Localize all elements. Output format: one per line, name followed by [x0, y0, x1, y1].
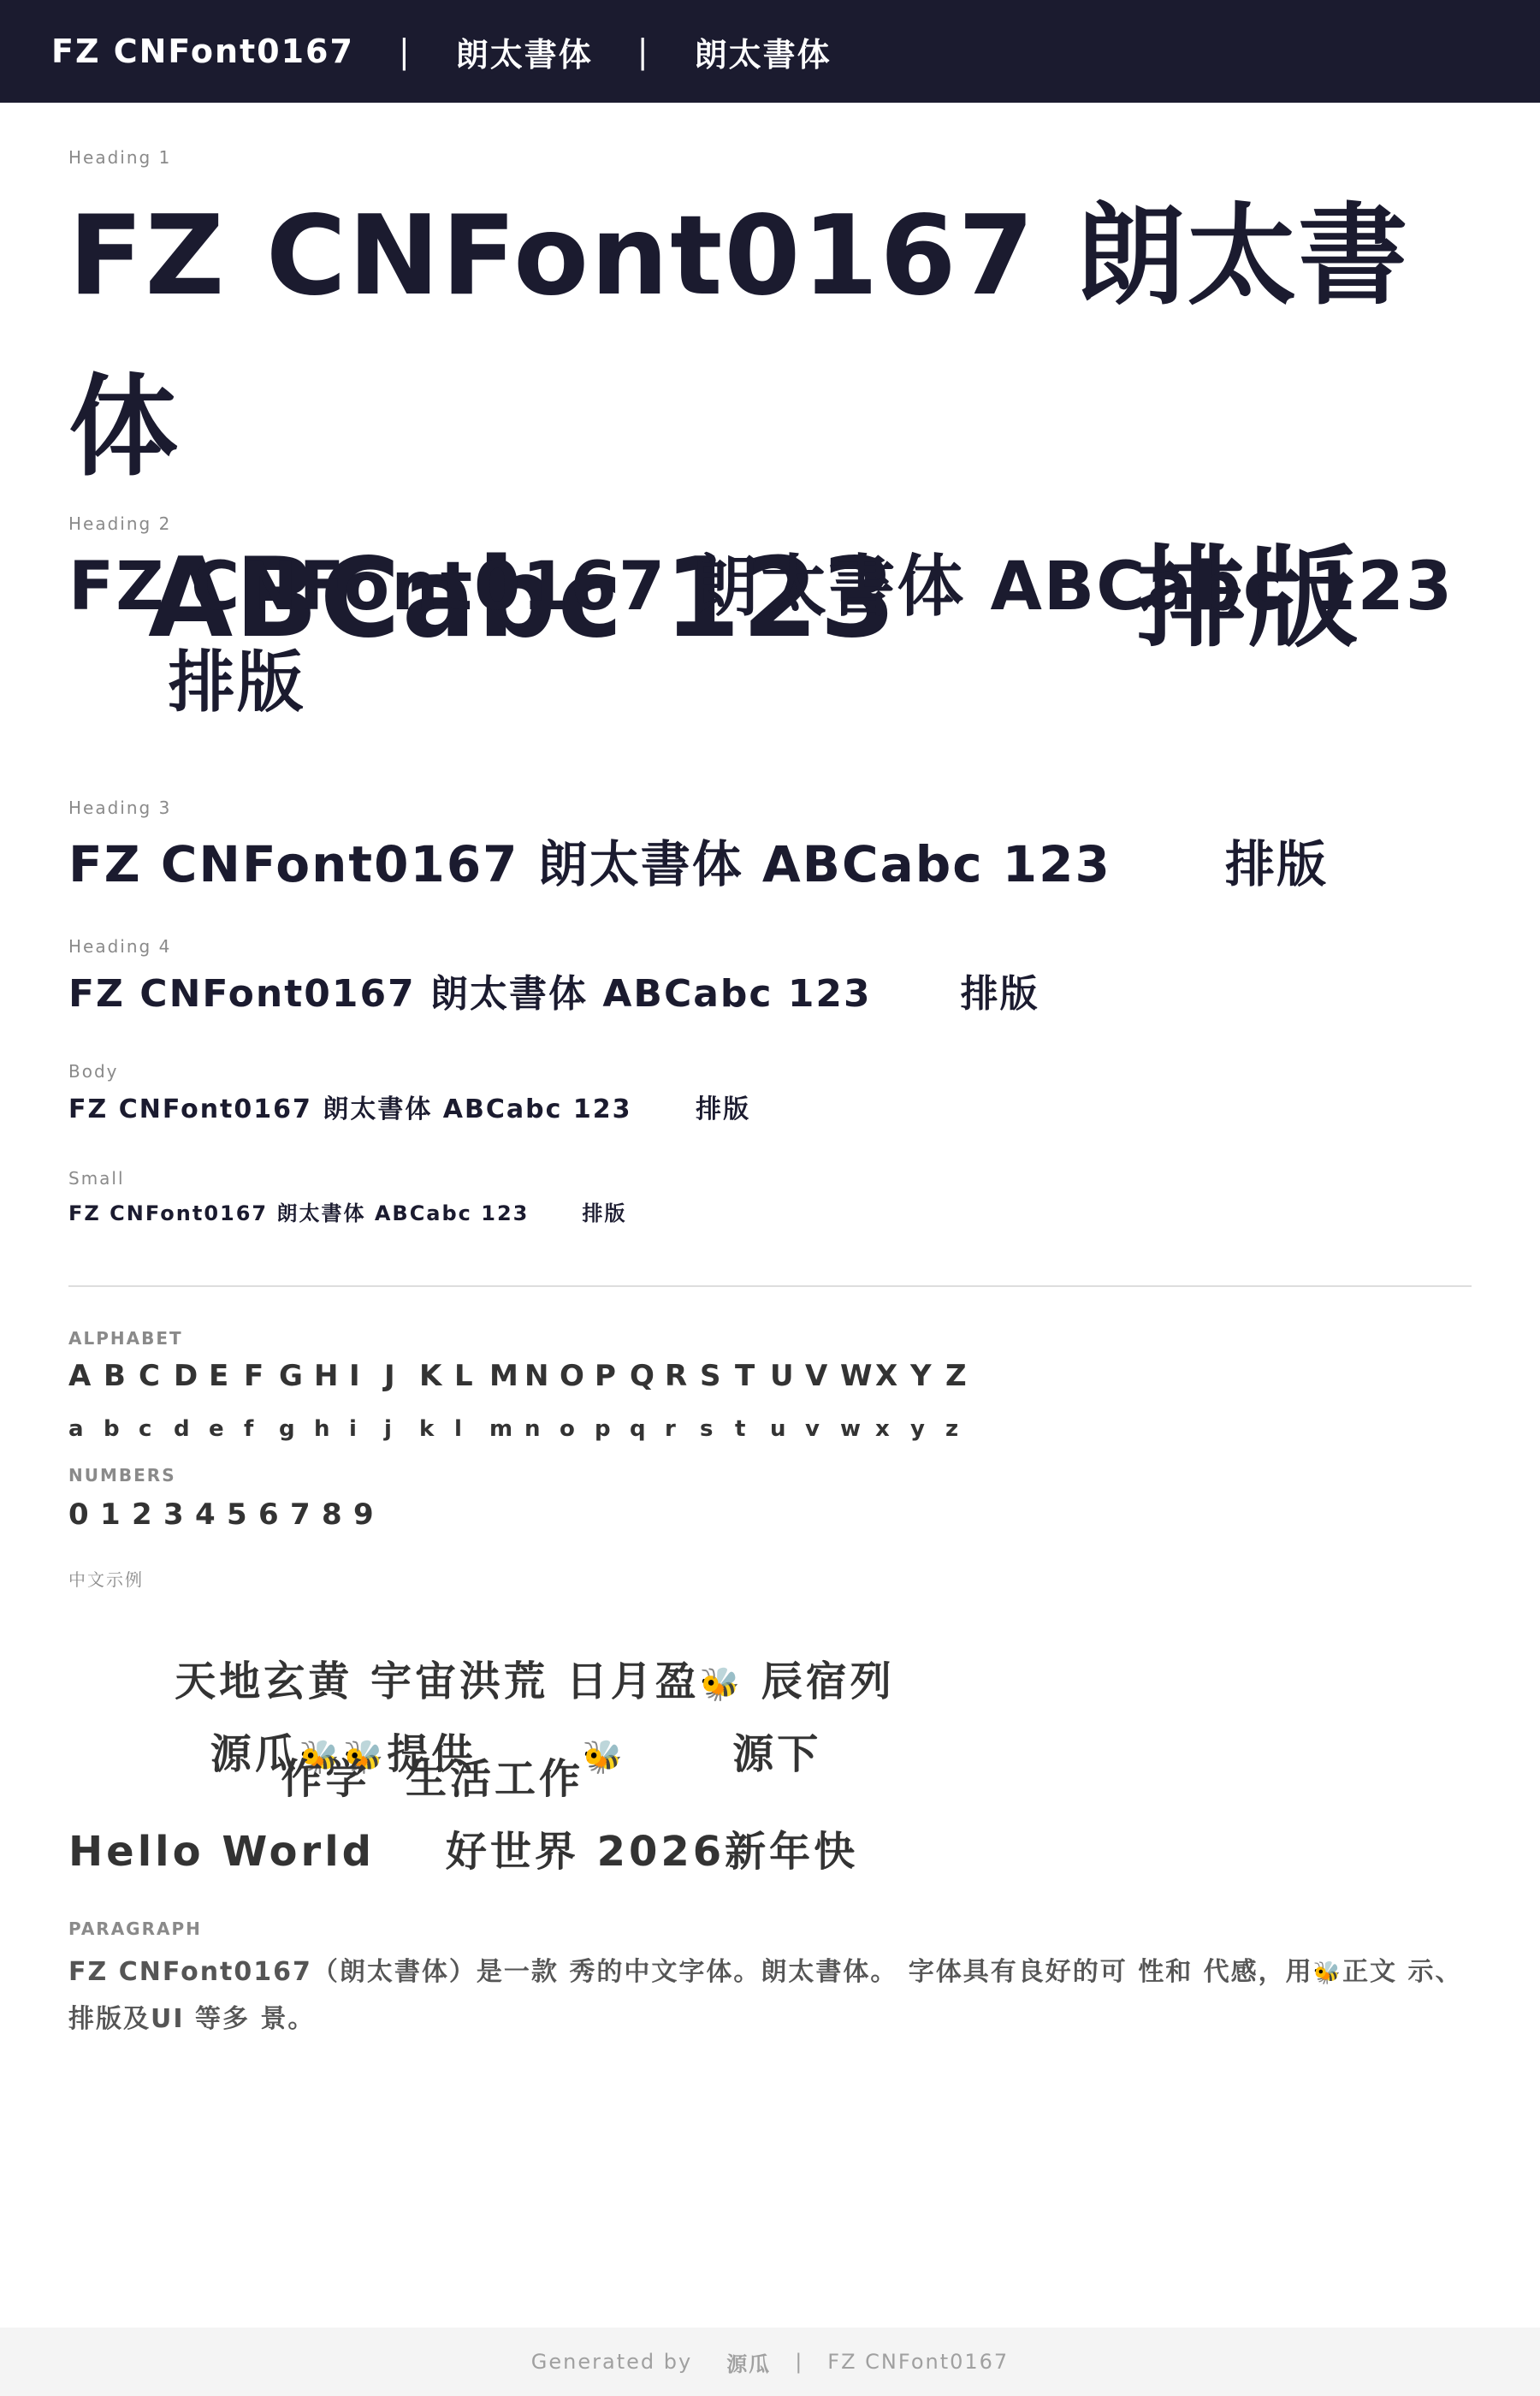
numbers-row: 0 1 2 3 4 5 6 7 8 9 [68, 1497, 385, 1532]
glyph: S [700, 1359, 735, 1393]
heading2-label: Heading 2 [68, 513, 171, 534]
small-sample: FZ CNFont0167 朗太書体 ABCabc 123 排版 [68, 1198, 627, 1229]
header-cn-name-1: 朗太書体 [456, 28, 593, 75]
digit: 1 [100, 1497, 132, 1532]
glyph: q [630, 1416, 665, 1442]
bee-icon: 🐝 [583, 1738, 626, 1776]
glyph: P [595, 1359, 630, 1393]
glyph: p [595, 1416, 630, 1442]
glyph: x [875, 1416, 910, 1442]
glyph: Z [945, 1359, 980, 1393]
small-label: Small [68, 1168, 125, 1189]
paragraph-sample: FZ CNFont0167（朗太書体）是一款 秀的中文字体。朗太書体。 字体具有… [68, 1949, 1472, 2043]
header-cn-name-2: 朗太書体 [695, 28, 832, 75]
glyph: f [244, 1416, 279, 1442]
glyph: X [875, 1359, 910, 1393]
glyph: E [209, 1359, 244, 1393]
glyph: C [139, 1359, 174, 1393]
glyph: l [454, 1416, 489, 1442]
glyph: B [104, 1359, 139, 1393]
glyph: F [244, 1359, 279, 1393]
glyph: G [279, 1359, 314, 1393]
glyph: T [735, 1359, 770, 1393]
body-label: Body [68, 1061, 119, 1082]
body-sample: FZ CNFont0167 朗太書体 ABCabc 123 排版 [68, 1091, 750, 1129]
glyph: R [665, 1359, 700, 1393]
glyph: N [524, 1359, 560, 1393]
digit: 8 [322, 1497, 353, 1532]
heading2-sample: FZ CNFont0167 朗太書体 ABCabc 123 排版 [68, 539, 1472, 731]
glyph: A [68, 1359, 104, 1393]
chinese-sample-label: 中文示例 [68, 1566, 144, 1591]
heading3-label: Heading 3 [68, 798, 171, 818]
glyph: K [419, 1359, 454, 1393]
top-header: FZ CNFont0167 | 朗太書体 | 朗太書体 [0, 0, 1540, 103]
heading4-sample: FZ CNFont0167 朗太書体 ABCabc 123 排版 [68, 967, 1472, 1022]
glyph: O [560, 1359, 595, 1393]
digit: 4 [195, 1497, 227, 1532]
alphabet-uppercase: A B C D E F G H I J K L M N O P Q R S T … [68, 1359, 980, 1393]
glyph: i [349, 1416, 384, 1442]
bee-icon: 🐝 [1313, 1950, 1342, 1996]
numbers-label: NUMBERS [68, 1465, 176, 1486]
digit: 7 [290, 1497, 322, 1532]
glyph: c [139, 1416, 174, 1442]
glyph: u [770, 1416, 805, 1442]
glyph: V [805, 1359, 840, 1393]
glyph: o [560, 1416, 595, 1442]
glyph: I [349, 1359, 384, 1393]
alphabet-lowercase: a b c d e f g h i j k l m n o p q r s t … [68, 1416, 980, 1442]
digit: 2 [132, 1497, 163, 1532]
font-preview-page: FZ CNFont0167 | 朗太書体 | 朗太書体 Heading 1 FZ… [0, 0, 1540, 2396]
section-divider [68, 1285, 1472, 1287]
glyph: t [735, 1416, 770, 1442]
chinese-sample-line-4: Hello World 好世界 2026新年快 [68, 1818, 858, 1877]
heading1-label: Heading 1 [68, 147, 171, 168]
glyph: s [700, 1416, 735, 1442]
paragraph-label: PARAGRAPH [68, 1919, 202, 1939]
header-separator: | [637, 33, 650, 70]
glyph: D [174, 1359, 209, 1393]
glyph: Q [630, 1359, 665, 1393]
glyph: U [770, 1359, 805, 1393]
footer-generated-by: Generated by [531, 2350, 692, 2374]
digit: 3 [163, 1497, 195, 1532]
heading4-label: Heading 4 [68, 936, 171, 957]
footer-separator: | [795, 2350, 803, 2374]
digit: 9 [353, 1497, 385, 1532]
glyph: h [314, 1416, 349, 1442]
glyph: k [419, 1416, 454, 1442]
header-font-name: FZ CNFont0167 [51, 33, 354, 70]
glyph: M [489, 1359, 524, 1393]
glyph: y [910, 1416, 945, 1442]
alphabet-label: ALPHABET [68, 1328, 183, 1349]
glyph: a [68, 1416, 104, 1442]
glyph: z [945, 1416, 980, 1442]
footer-font-name: FZ CNFont0167 [827, 2350, 1009, 2374]
glyph: Y [910, 1359, 945, 1393]
chinese-sample-line-3: 作学 生活工作 [68, 1746, 583, 1805]
glyph: n [524, 1416, 560, 1442]
glyph: g [279, 1416, 314, 1442]
glyph: v [805, 1416, 840, 1442]
glyph: m [489, 1416, 524, 1442]
glyph: e [209, 1416, 244, 1442]
glyph: r [665, 1416, 700, 1442]
header-separator: | [399, 33, 412, 70]
glyph: d [174, 1416, 209, 1442]
page-footer: Generated by 源瓜 | FZ CNFont0167 [0, 2328, 1540, 2396]
glyph: w [840, 1416, 875, 1442]
glyph: j [384, 1416, 419, 1442]
footer-source: 源瓜 [726, 2347, 771, 2377]
digit: 5 [227, 1497, 258, 1532]
glyph: b [104, 1416, 139, 1442]
glyph: H [314, 1359, 349, 1393]
heading3-sample: FZ CNFont0167 朗太書体 ABCabc 123 排版 [68, 826, 1472, 903]
digit: 0 [68, 1497, 100, 1532]
glyph: J [384, 1359, 419, 1393]
digit: 6 [258, 1497, 290, 1532]
glyph: L [454, 1359, 489, 1393]
glyph: W [840, 1359, 875, 1393]
